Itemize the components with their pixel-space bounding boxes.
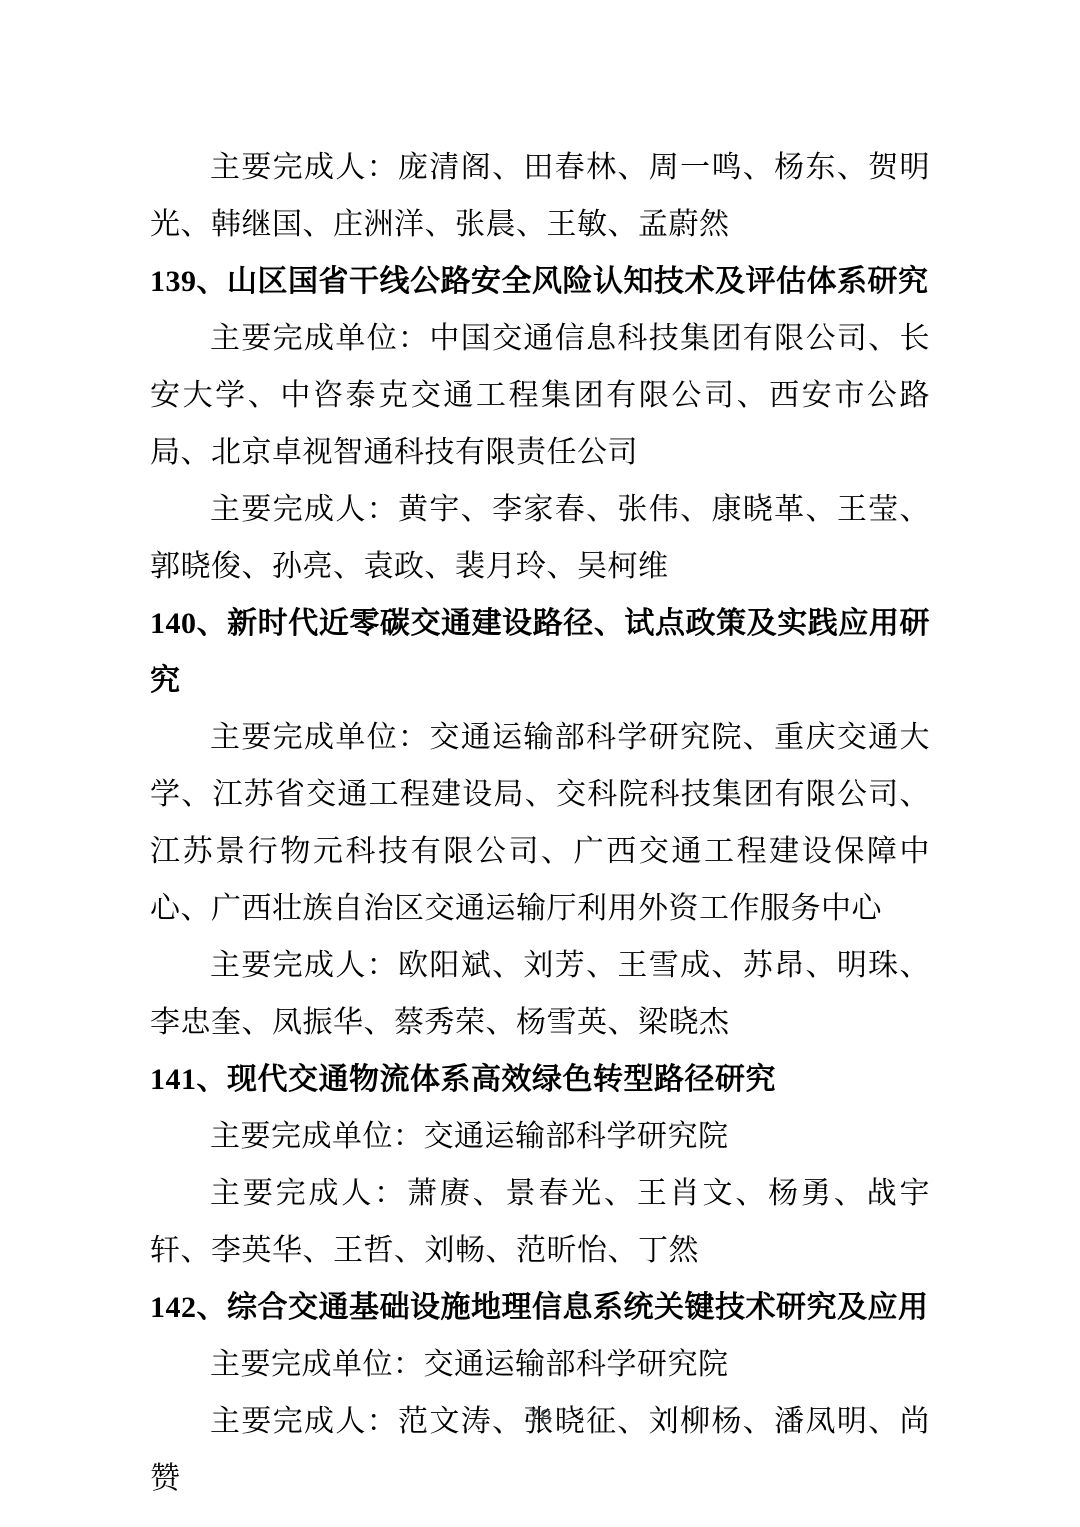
people-paragraph-continuation: 主要完成人：庞清阁、田春林、周一鸣、杨东、贺明光、韩继国、庄洲洋、张晨、王敏、孟…	[150, 139, 930, 253]
project-title-139: 139、山区国省干线公路安全风险认知技术及评估体系研究	[150, 253, 930, 310]
page-footer: 78	[0, 1406, 1080, 1430]
document-page: 主要完成人：庞清阁、田春林、周一鸣、杨东、贺明光、韩继国、庄洲洋、张晨、王敏、孟…	[0, 0, 1080, 1527]
people-paragraph-140: 主要完成人：欧阳斌、刘芳、王雪成、苏昂、明珠、李忠奎、凤振华、蔡秀荣、杨雪英、梁…	[150, 937, 930, 1051]
project-title-141: 141、现代交通物流体系高效绿色转型路径研究	[150, 1051, 930, 1108]
project-title-140: 140、新时代近零碳交通建设路径、试点政策及实践应用研究	[150, 595, 930, 709]
units-paragraph-141: 主要完成单位：交通运输部科学研究院	[150, 1108, 930, 1165]
units-paragraph-142: 主要完成单位：交通运输部科学研究院	[150, 1336, 930, 1393]
page-content: 主要完成人：庞清阁、田春林、周一鸣、杨东、贺明光、韩继国、庄洲洋、张晨、王敏、孟…	[150, 139, 930, 1507]
units-paragraph-139: 主要完成单位：中国交通信息科技集团有限公司、长安大学、中咨泰克交通工程集团有限公…	[150, 310, 930, 481]
page-number: 78	[528, 1406, 551, 1429]
units-paragraph-140: 主要完成单位：交通运输部科学研究院、重庆交通大学、江苏省交通工程建设局、交科院科…	[150, 709, 930, 937]
people-paragraph-141: 主要完成人：萧赓、景春光、王肖文、杨勇、战宇轩、李英华、王哲、刘畅、范昕怡、丁然	[150, 1165, 930, 1279]
project-title-142: 142、综合交通基础设施地理信息系统关键技术研究及应用	[150, 1279, 930, 1336]
people-paragraph-139: 主要完成人：黄宇、李家春、张伟、康晓革、王莹、郭晓俊、孙亮、袁政、裴月玲、吴柯维	[150, 481, 930, 595]
